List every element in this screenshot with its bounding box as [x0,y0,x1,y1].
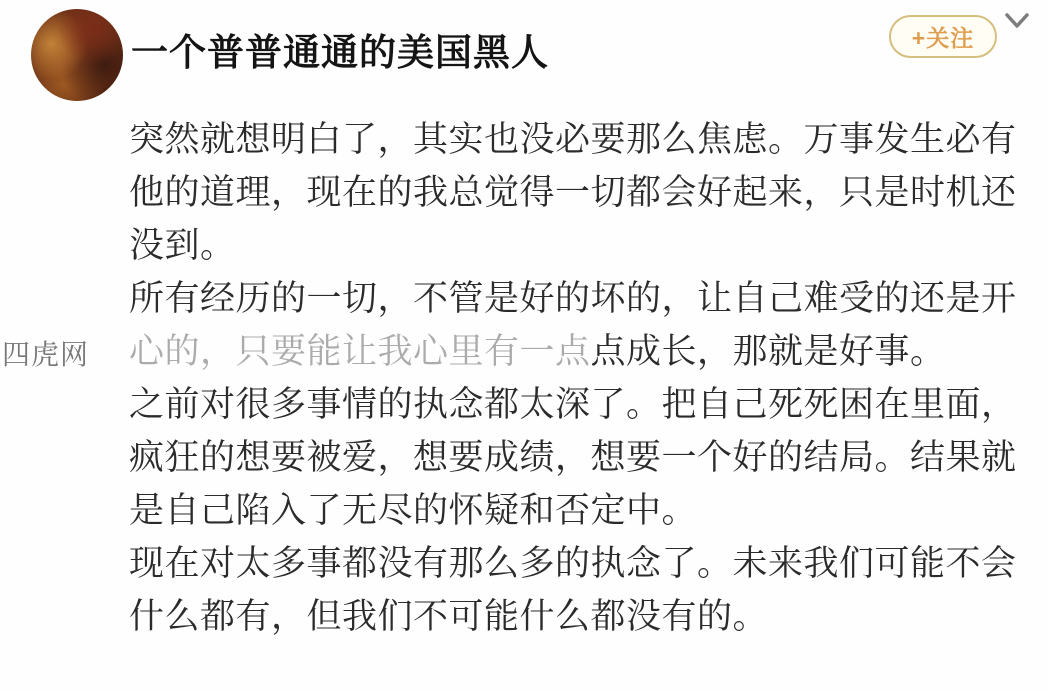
body-text: 现在对太多事都没有那么多的执念了。未来我们可能不会 [129,544,1017,583]
body-line: 没到。 [129,219,1029,272]
body-line: 疯狂的想要被爱，想要成绩，想要一个好的结局。结果就 [129,431,1029,484]
site-watermark: 四虎网 [2,333,89,373]
body-line: 心的，只要能让我心里有一点点成长，那就是好事。 [129,325,1029,378]
body-line: 现在对太多事都没有那么多的执念了。未来我们可能不会 [129,537,1029,590]
body-line: 所有经历的一切，不管是好的坏的，让自己难受的还是开 [129,272,1029,325]
author-name[interactable]: 一个普普通通的美国黑人 [131,22,549,76]
body-line: 之前对很多事情的执念都太深了。把自己死死困在里面， [129,378,1029,431]
body-text: 突然就想明白了，其实也没必要那么焦虑。万事发生必有 [129,120,1017,159]
avatar[interactable] [31,9,123,101]
body-text: 他的道理，现在的我总觉得一切都会好起来，只是时机还 [129,173,1017,212]
body-text: 是自己陷入了无尽的怀疑和否定中。 [129,491,697,530]
body-line: 是自己陷入了无尽的怀疑和否定中。 [129,484,1029,537]
body-text: 点成长，那就是好事。 [591,332,946,371]
body-text: 什么都有，但我们不可能什么都没有的。 [129,597,768,636]
body-text-muted: 心的，只要能让我心里有一点 [129,332,591,371]
chevron-down-icon[interactable] [1001,8,1033,34]
body-line: 突然就想明白了，其实也没必要那么焦虑。万事发生必有 [129,113,1029,166]
body-text: 之前对很多事情的执念都太深了。把自己死死困在里面， [129,385,1017,424]
follow-button[interactable]: +关注 [889,15,997,58]
body-line: 什么都有，但我们不可能什么都没有的。 [129,590,1029,643]
post-card: 一个普普通通的美国黑人 +关注 四虎网 突然就想明白了，其实也没必要那么焦虑。万… [0,0,1048,691]
body-text: 没到。 [129,226,236,265]
post-body: 突然就想明白了，其实也没必要那么焦虑。万事发生必有他的道理，现在的我总觉得一切都… [129,113,1029,643]
body-text: 所有经历的一切，不管是好的坏的，让自己难受的还是开 [129,279,1017,318]
body-text: 疯狂的想要被爱，想要成绩，想要一个好的结局。结果就 [129,438,1017,477]
body-line: 他的道理，现在的我总觉得一切都会好起来，只是时机还 [129,166,1029,219]
